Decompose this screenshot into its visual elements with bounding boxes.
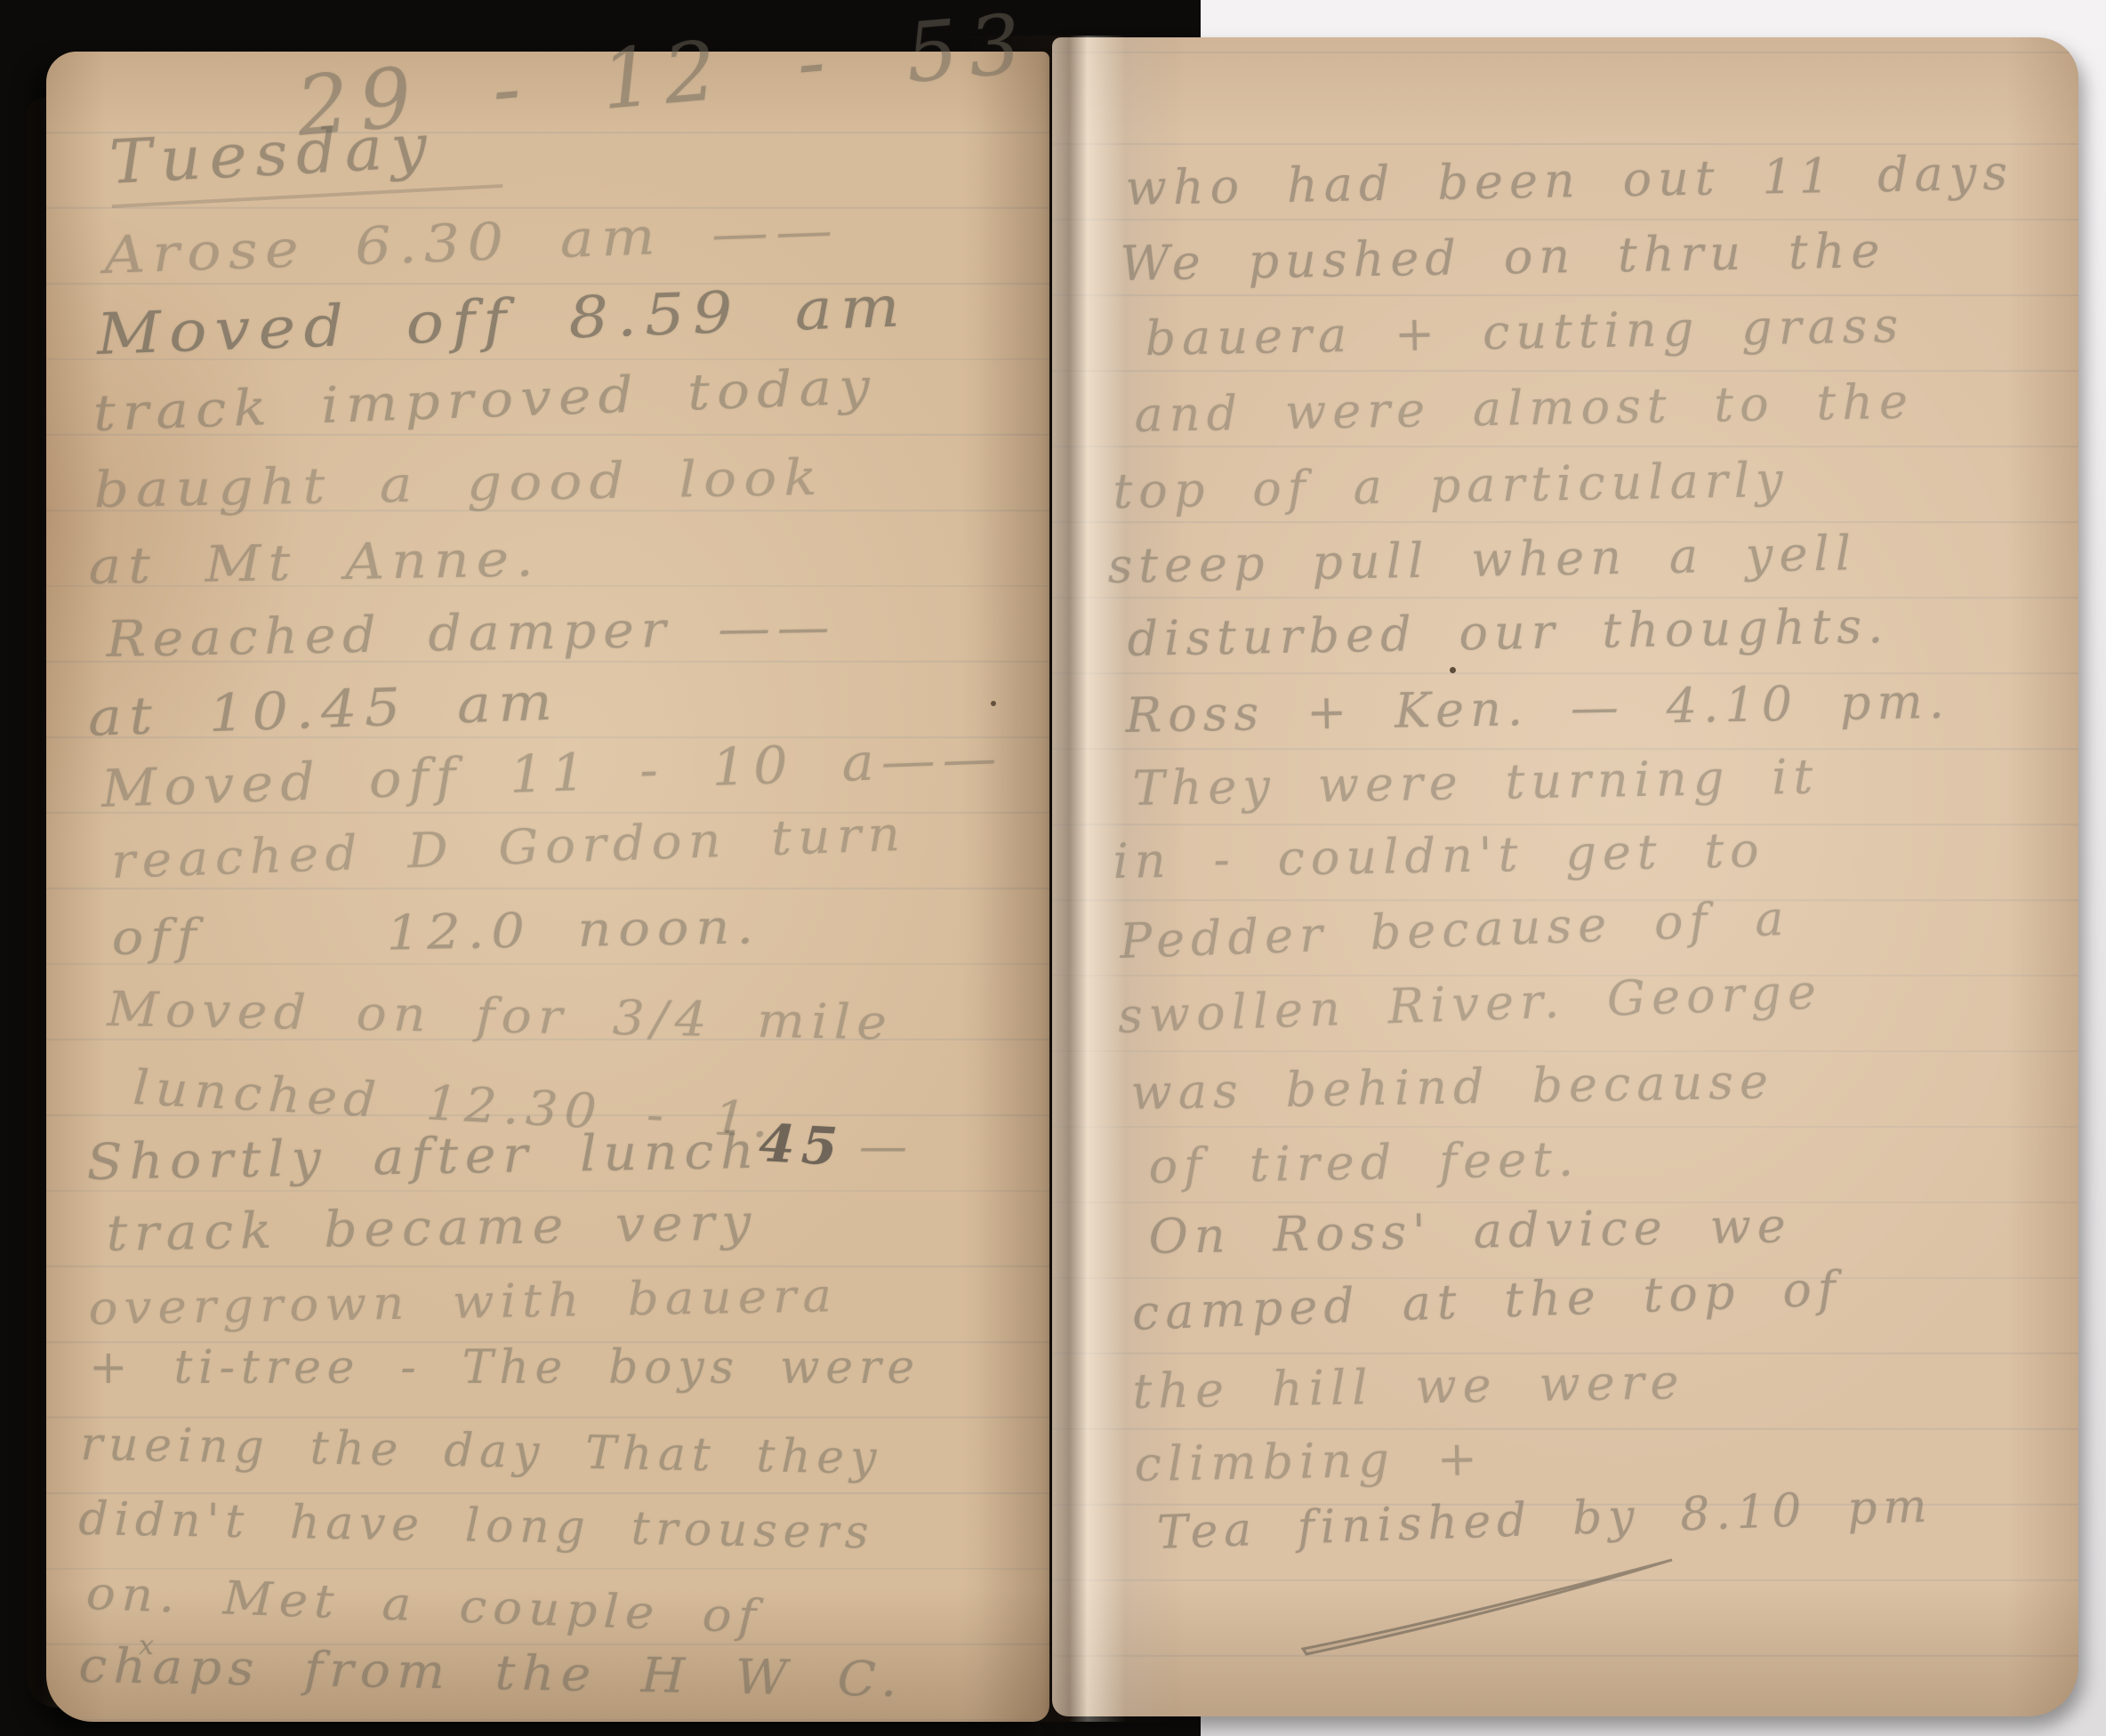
paper-speck — [1450, 667, 1456, 673]
diary-right-page — [1052, 37, 2078, 1716]
paper-speck — [991, 701, 996, 706]
diary-left-page — [46, 52, 1049, 1722]
scanned-diary-photo: 29 - 12 - 53TuesdayArose 6.30 am ——Moved… — [0, 0, 2106, 1736]
